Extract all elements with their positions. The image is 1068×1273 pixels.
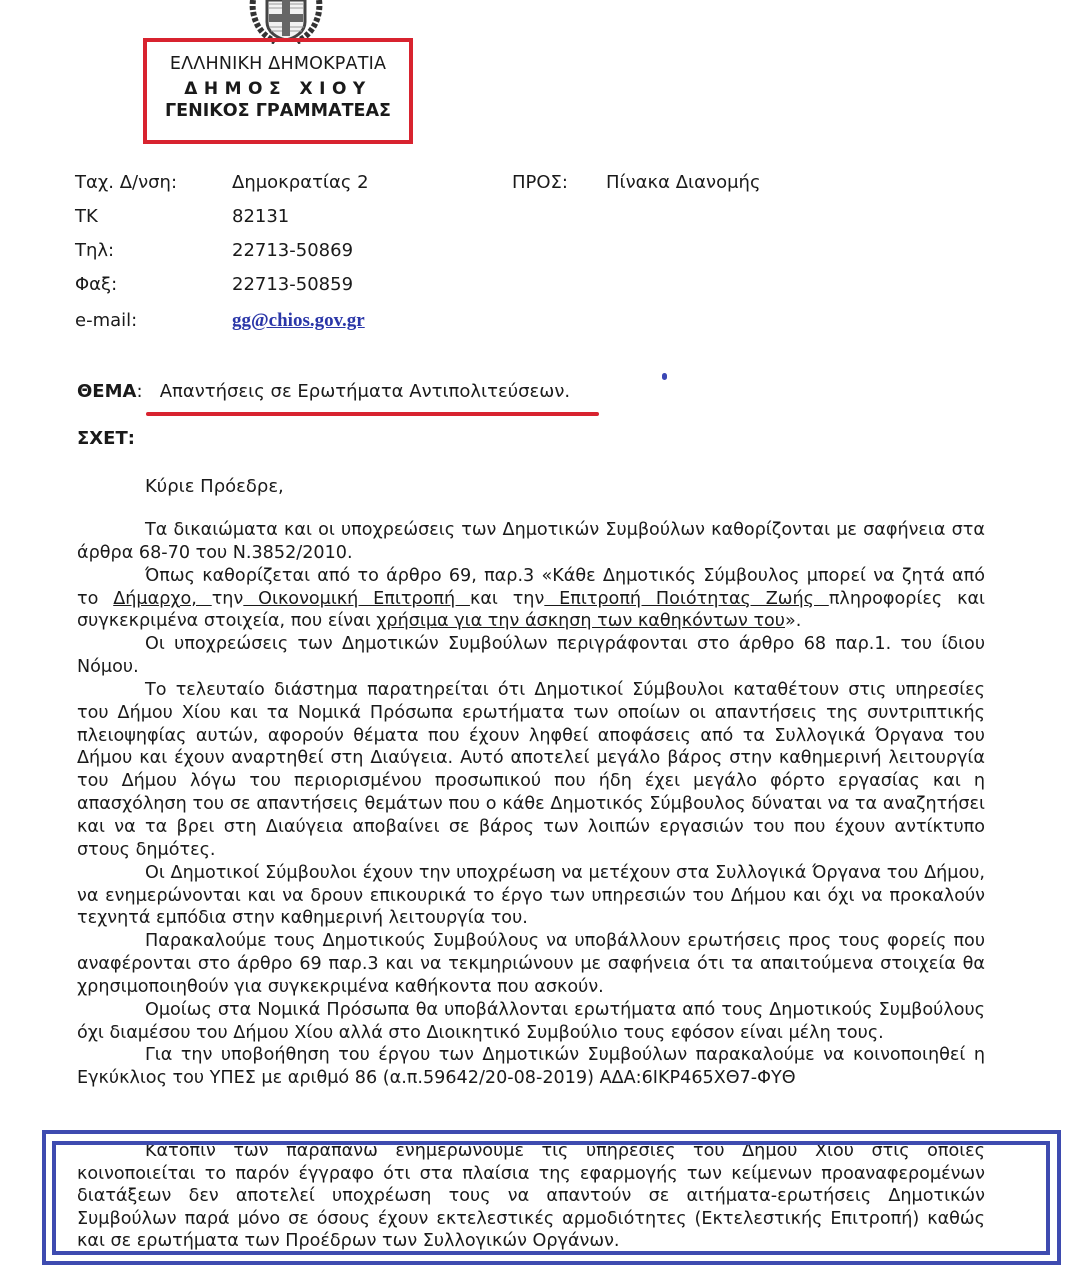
subject-value: Απαντήσεις σε Ερωτήματα Αντιπολιτεύσεων. — [160, 381, 570, 402]
phone-label: Τηλ: — [75, 240, 114, 261]
paragraph-6: Παρακαλούμε τους Δημοτικούς Συμβούλους ν… — [77, 930, 985, 999]
fax-value: 22713-50859 — [232, 274, 353, 295]
subject-separator: : — [136, 381, 142, 402]
paragraph-3: Οι υποχρεώσεις των Δημοτικών Συμβούλων π… — [77, 633, 985, 679]
subject-red-underline — [146, 412, 599, 416]
department-name: ΓΕΝΙΚΟΣ ΓΡΑΜΜΑΤΕΑΣ — [147, 101, 409, 121]
paragraph-8: Για την υποβοήθηση του έργου των Δημοτικ… — [77, 1044, 985, 1090]
paragraph-2: Όπως καθορίζεται από το άρθρο 69, παρ.3 … — [77, 565, 985, 634]
reference-label: ΣΧΕΤ: — [77, 428, 135, 449]
subject-label: ΘΕΜΑ — [77, 381, 136, 402]
issuer-header: ΕΛΛΗΝΙΚΗ ΔΗΜΟΚΡΑΤΙΑ ΔΗΜΟΣ ΧΙΟΥ ΓΕΝΙΚΟΣ Γ… — [143, 38, 413, 144]
letter-body: Τα δικαιώματα και οι υποχρεώσεις των Δημ… — [77, 519, 985, 1090]
postcode-label: ΤΚ — [75, 206, 98, 227]
paragraph-1: Τα δικαιώματα και οι υποχρεώσεις των Δημ… — [77, 519, 985, 565]
postcode-value: 82131 — [232, 206, 289, 227]
email-label: e-mail: — [75, 310, 137, 331]
address-value: Δημοκρατίας 2 — [232, 172, 369, 193]
underlined-finance-committee: Οικονομική Επιτροπή — [243, 589, 470, 609]
highlight-inner-frame — [52, 1141, 1050, 1255]
recipient-value: Πίνακα Διανομής — [606, 172, 761, 193]
municipality-name: ΔΗΜΟΣ ΧΙΟΥ — [147, 79, 409, 99]
subject-line: ΘΕΜΑ: Απαντήσεις σε Ερωτήματα Αντιπολιτε… — [77, 381, 570, 402]
underlined-duties-phrase: χρήσιμα για την άσκηση των καθηκόντων το… — [376, 611, 785, 631]
recipient-label: ΠΡΟΣ: — [512, 172, 568, 193]
underlined-mayor: Δήμαρχο, — [113, 589, 212, 609]
fax-label: Φαξ: — [75, 274, 117, 295]
paragraph-7: Ομοίως στα Νομικά Πρόσωπα θα υποβάλλοντα… — [77, 999, 985, 1045]
stray-ink-dot — [662, 373, 667, 380]
email-link[interactable]: gg@chios.gov.gr — [232, 310, 365, 331]
address-label: Ταχ. Δ/νση: — [75, 172, 177, 193]
phone-value: 22713-50869 — [232, 240, 353, 261]
greeting: Κύριε Πρόεδρε, — [145, 476, 284, 497]
underlined-quality-of-life-committee: Επιτροπή Ποιότητας Ζωής — [544, 589, 829, 609]
country-name: ΕΛΛΗΝΙΚΗ ΔΗΜΟΚΡΑΤΙΑ — [147, 54, 409, 74]
paragraph-5: Οι Δημοτικοί Σύμβουλοι έχουν την υποχρέω… — [77, 862, 985, 931]
paragraph-4: Το τελευταίο διάστημα παρατηρείται ότι Δ… — [77, 679, 985, 862]
